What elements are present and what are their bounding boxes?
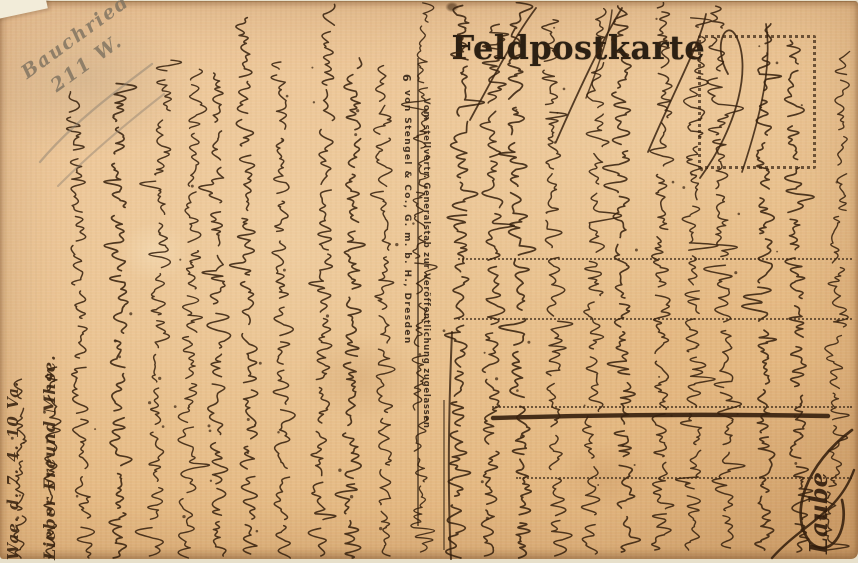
handwriting-salutation: Lieber Freund Mhse.: [40, 358, 59, 560]
stamp-box: [698, 35, 816, 169]
imprint-publisher-line: von Stengel & Co., G. m. b. H., Dresden: [402, 90, 412, 345]
handwriting-date-line: Wae. d. 7. 4. 10 Va.: [4, 382, 22, 560]
paper-stain: [120, 222, 190, 282]
postcard: Feldpostkarte 6 von Stengel & Co., G. m.…: [0, 1, 858, 559]
address-line: [516, 477, 852, 479]
address-line: [458, 258, 852, 260]
card-type-title: Feldpostkarte: [452, 28, 679, 67]
pencil-note: Bauchried 211 W.: [16, 0, 202, 109]
handwriting-signature: Laube: [804, 420, 833, 554]
address-line: [492, 406, 852, 408]
imprint-series-number: 6: [400, 74, 413, 82]
imprint-divider-rule: [417, 58, 419, 526]
postcard-scan: Feldpostkarte 6 von Stengel & Co., G. m.…: [0, 0, 858, 563]
center-divider-rule: [443, 400, 445, 550]
address-line: [458, 318, 852, 320]
imprint-censor-line: Vom stellvertr. Generalstab zur Veröffen…: [421, 98, 431, 429]
